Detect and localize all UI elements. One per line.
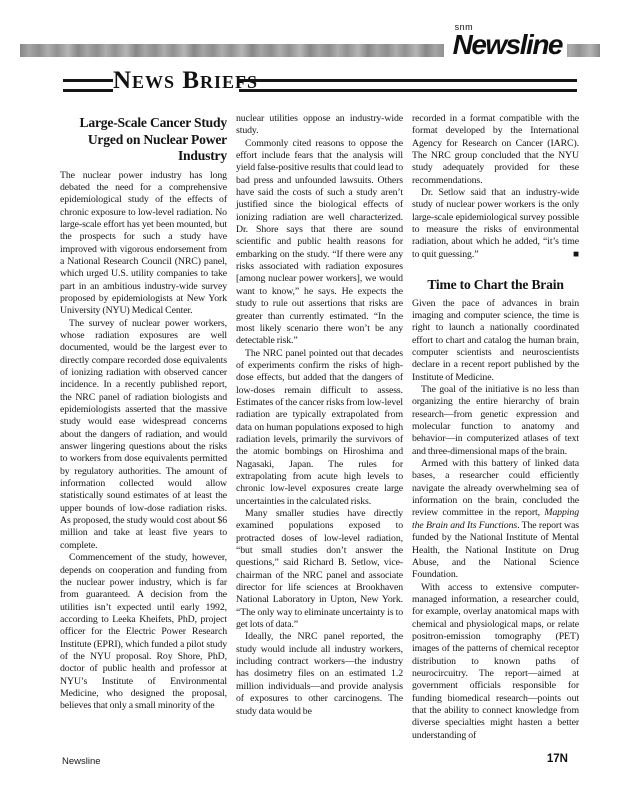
- paragraph: The goal of the initiative is no less th…: [412, 384, 579, 458]
- article-end-square-icon: ■: [564, 249, 579, 261]
- paragraph: Given the pace of advances in brain imag…: [412, 298, 579, 384]
- masthead-title: Newsline: [453, 31, 562, 59]
- header-rule-left-bottom: [63, 89, 113, 92]
- section-header: News Briefs: [55, 72, 577, 106]
- article-1-title: Large-Scale Cancer Study Urged on Nuclea…: [60, 115, 227, 165]
- paragraph: Many smaller studies have directly exami…: [236, 508, 403, 631]
- header-rule-left-top: [63, 79, 113, 82]
- article-2-title: Time to Chart the Brain: [412, 277, 579, 294]
- paragraph: The nuclear power industry has long deba…: [60, 170, 227, 318]
- section-title: News Briefs: [113, 67, 258, 95]
- column-1: Large-Scale Cancer Study Urged on Nuclea…: [60, 113, 227, 742]
- paragraph: Ideally, the NRC panel reported, the stu…: [236, 631, 403, 717]
- column-3: recorded in a format compatible with the…: [412, 113, 579, 742]
- paragraph-continuation: nuclear utilities oppose an industry-wid…: [236, 113, 403, 138]
- paragraph: Commencement of the study, however, depe…: [60, 552, 227, 712]
- paragraph: Dr. Setlow said that an industry-wide st…: [412, 187, 579, 261]
- header-rule-right-top: [239, 79, 577, 82]
- paragraph: With access to extensive computer-manage…: [412, 582, 579, 742]
- paragraph: The NRC panel pointed out that decades o…: [236, 348, 403, 508]
- header-rule-right-bottom: [239, 89, 577, 92]
- footer-journal-name: Newsline: [62, 756, 101, 767]
- article-columns: Large-Scale Cancer Study Urged on Nuclea…: [60, 113, 580, 742]
- paragraph-continuation: recorded in a format compatible with the…: [412, 113, 579, 187]
- paragraph-text: Dr. Setlow said that an industry-wide st…: [412, 187, 579, 260]
- column-2: nuclear utilities oppose an industry-wid…: [236, 113, 403, 742]
- footer-page-number: 17N: [547, 753, 568, 765]
- paragraph: The survey of nuclear power workers, who…: [60, 318, 227, 553]
- paragraph: Armed with this battery of linked data b…: [412, 458, 579, 581]
- masthead-logo: snm Newsline: [444, 23, 567, 59]
- newsletter-page: snm Newsline News Briefs Large-Scale Can…: [0, 0, 620, 802]
- paragraph: Commonly cited reasons to oppose the eff…: [236, 138, 403, 348]
